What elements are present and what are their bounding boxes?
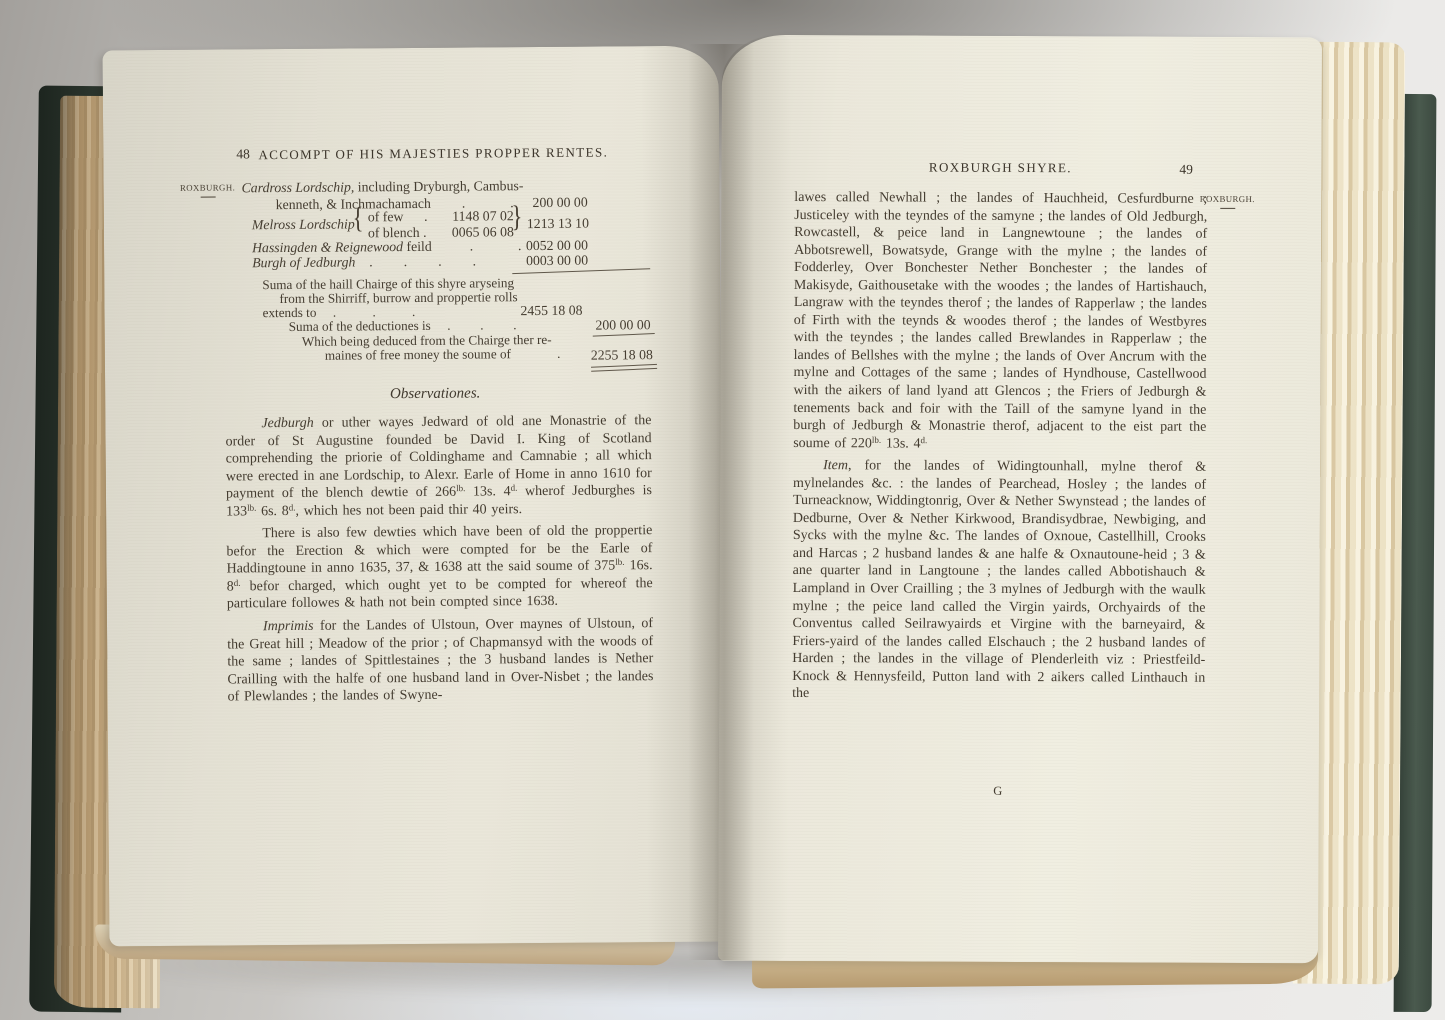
left-page: 48 ACCOMPT OF HIS MAJESTIES PROPPER RENT… [102,46,725,947]
brace-close-glyph: } [511,202,522,232]
amount-jedburgh: 0003 00 00 [500,253,588,270]
amount-few: 1148 07 02 [426,208,514,225]
left-margin-note: ROXBURGH. [178,183,238,197]
body-paragraph: Imprimis for the Landes of Ulstoun, Over… [227,615,654,706]
right-page-number: 49 [1179,162,1193,178]
left-page-body: Jedburgh or uther wayes Jedward of old a… [225,412,653,711]
body-paragraph: lawes called Newhall ; the landes of Hau… [793,189,1207,454]
amount-deductions: 200 00 00 [563,317,651,334]
deduction-rule [593,333,655,337]
total-double-rule [591,364,657,368]
account-row-cardross: Cardross Lordschip, including Dryburgh, … [242,178,524,196]
right-page-body: lawes called Newhall ; the landes of Hau… [792,189,1207,710]
body-paragraph: Item, for the landes of Widingtounhall, … [792,457,1206,704]
gutter-shade-right [718,35,792,961]
right-running-header: ROXBURGH SHYRE. [794,158,1206,178]
account-row-melross-few: of few . [368,209,428,225]
margin-note-dash [200,196,215,197]
body-paragraph: There is also few dewties which have bee… [226,522,653,613]
margin-note-dash [1220,208,1235,209]
amount-melross-total: 1213 13 10 [527,216,589,232]
body-paragraph: Jedburgh or uther wayes Jedward of old a… [225,412,652,521]
left-running-header: ACCOMPT OF HIS MAJESTIES PROPPER RENTES. [218,143,648,164]
signature-mark: G [792,783,1204,800]
account-row-melross: Melross Lordschip [252,216,355,233]
account-row-jedburgh: Burgh of Jedburgh . . . . [252,254,476,272]
right-page: ROXBURGH SHYRE. 49 ROXBURGH. lawes calle… [718,35,1322,964]
gutter-shade-left [640,46,725,943]
observations-heading: Observationes. [220,384,650,404]
suma-line5b: maines of free money the soume of . [325,346,561,363]
brace-open-glyph: { [353,203,364,233]
amount-free-money: 2255 18 08 [565,347,653,364]
sum-rule [512,268,650,274]
